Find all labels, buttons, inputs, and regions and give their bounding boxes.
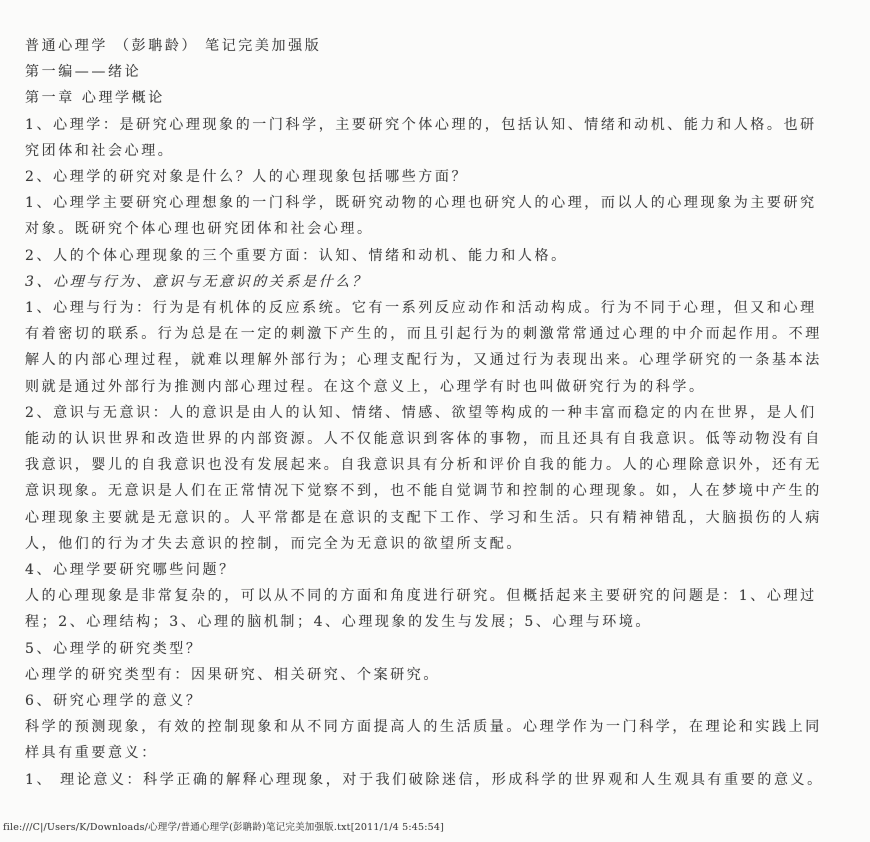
text-line: 心理学的研究类型有：因果研究、相关研究、个案研究。 (25, 662, 849, 688)
text-line: 2、人的个体心理现象的三个重要方面：认知、情绪和动机、能力和人格。 (25, 243, 849, 269)
text-line: 科学的预测现象，有效的控制现象和从不同方面提高人的生活质量。心理学作为一门科学，… (25, 714, 849, 740)
text-line: 5、心理学的研究类型？ (25, 636, 849, 662)
text-line: 究团体和社会心理。 (25, 138, 849, 164)
text-line: 第一章 心理学概论 (25, 85, 849, 111)
text-line: 心理现象主要就是无意识的。人平常都是在意识的支配下工作、学习和生活。只有精神错乱… (25, 505, 849, 531)
text-line: 2、心理学的研究对象是什么？人的心理现象包括哪些方面？ (25, 164, 849, 190)
text-line: 能动的认识世界和改造世界的内部资源。人不仅能意识到客体的事物，而且还具有自我意识… (25, 426, 849, 452)
text-line: 对象。既研究个体心理也研究团体和社会心理。 (25, 216, 849, 242)
text-line: 1、 理论意义：科学正确的解释心理现象，对于我们破除迷信，形成科学的世界观和人生… (25, 767, 849, 793)
text-line: 我意识，婴儿的自我意识也没有发展起来。自我意识具有分析和评价自我的能力。人的心理… (25, 452, 849, 478)
text-line: 4、心理学要研究哪些问题？ (25, 557, 849, 583)
text-line: 6、研究心理学的意义？ (25, 688, 849, 714)
text-line: 意识现象。无意识是人们在正常情况下觉察不到，也不能自觉调节和控制的心理现象。如，… (25, 478, 849, 504)
text-line: 人，他们的行为才失去意识的控制，而完全为无意识的欲望所支配。 (25, 531, 849, 557)
document-body: 普通心理学 （彭聃龄） 笔记完美加强版第一编——绪论第一章 心理学概论1、心理学… (25, 33, 849, 793)
file-path-footer: file:///C|/Users/K/Downloads/心理学/普通心理学(彭… (3, 819, 444, 833)
text-line: 解人的内部心理过程，就难以理解外部行为；心理支配行为，又通过行为表现出来。心理学… (25, 347, 849, 373)
text-line: 有着密切的联系。行为总是在一定的刺激下产生的，而且引起行为的刺激常常通过心理的中… (25, 321, 849, 347)
document-title: 普通心理学 （彭聃龄） 笔记完美加强版 (25, 33, 849, 59)
document-page: 普通心理学 （彭聃龄） 笔记完美加强版第一编——绪论第一章 心理学概论1、心理学… (0, 0, 870, 842)
text-line: 则就是通过外部行为推测内部心理过程。在这个意义上，心理学有时也叫做研究行为的科学… (25, 374, 849, 400)
text-line: 人的心理现象是非常复杂的，可以从不同的方面和角度进行研究。但概括起来主要研究的问… (25, 583, 849, 609)
text-line: 2、意识与无意识：人的意识是由人的认知、情绪、情感、欲望等构成的一种丰富而稳定的… (25, 400, 849, 426)
text-line: 第一编——绪论 (25, 59, 849, 85)
text-line: 1、心理学主要研究心理想象的一门科学，既研究动物的心理也研究人的心理，而以人的心… (25, 190, 849, 216)
text-line: 3、心理与行为、意识与无意识的关系是什么？ (25, 269, 849, 295)
text-line: 1、心理与行为：行为是有机体的反应系统。它有一系列反应动作和活动构成。行为不同于… (25, 295, 849, 321)
text-line: 样具有重要意义： (25, 740, 849, 766)
text-line: 1、心理学：是研究心理现象的一门科学，主要研究个体心理的，包括认知、情绪和动机、… (25, 112, 849, 138)
text-line: 程；2、心理结构；3、心理的脑机制；4、心理现象的发生与发展；5、心理与环境。 (25, 609, 849, 635)
